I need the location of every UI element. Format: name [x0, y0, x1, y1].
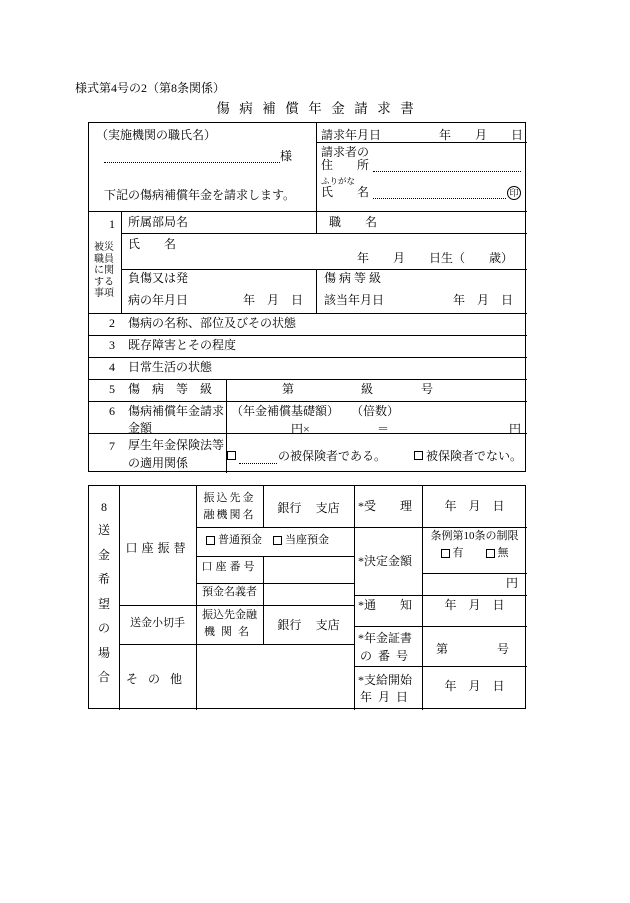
ordinary-deposit-option[interactable]: 普通預金: [206, 534, 262, 547]
grid-line: [316, 269, 317, 313]
yen-result-label: 円: [473, 422, 523, 437]
grid-line: [121, 269, 527, 270]
grade-word: 級: [361, 382, 373, 397]
grid-line: [121, 211, 122, 313]
grid-line: [354, 595, 527, 596]
row6-number: 6: [89, 404, 115, 419]
check-label: 送金小切手: [119, 617, 196, 630]
row6-label-1: 傷病補償年金請求: [128, 404, 224, 419]
receipt-date-cell[interactable]: 年 月 日: [422, 499, 527, 514]
restriction-yes-option[interactable]: 有: [441, 547, 464, 560]
form-code: 様式第4号の2（第8条関係）: [75, 81, 225, 96]
name-row: 氏 名 印: [321, 184, 521, 200]
other-value[interactable]: [197, 645, 353, 709]
restriction-yes-label: 有: [453, 547, 464, 560]
grid-line: [89, 401, 527, 402]
addressee-row: 様: [104, 147, 292, 164]
current-deposit-option[interactable]: 当座預金: [273, 534, 329, 547]
row3-number: 3: [89, 338, 115, 353]
injury-date-label-1: 負傷又は発: [128, 271, 188, 286]
cert-number-suffix: 号: [497, 640, 509, 657]
pension-cert-number-cell[interactable]: 第 号: [422, 640, 527, 657]
claim-date-row[interactable]: 請求年月日 年 月 日: [321, 126, 523, 143]
form-title: 傷病補償年金請求書: [0, 101, 630, 116]
grid-line: [354, 666, 527, 667]
claimant-name-label: 氏 名: [321, 183, 369, 200]
row5-number: 5: [89, 382, 115, 397]
not-insured-checkbox[interactable]: [414, 451, 423, 460]
remittance-section-label: 送金希望の場合: [98, 518, 111, 690]
claim-date-value: 年 月 日: [439, 126, 523, 143]
equals-sign: ＝: [377, 422, 389, 437]
grade-label: 傷病等級: [324, 271, 384, 286]
birth-date-cell[interactable]: 年 月 日生（ 歳）: [357, 251, 513, 266]
department-label: 所属部局名: [128, 215, 188, 230]
grade-no-prefix: 第: [282, 382, 294, 397]
restriction-options-row: 有 無: [422, 547, 527, 560]
other-label: その他: [119, 672, 199, 687]
current-deposit-label: 当座預金: [285, 534, 329, 547]
section1-number: 1: [89, 217, 115, 232]
decision-amount-yen-cell[interactable]: 円: [452, 576, 524, 591]
insured-checkbox[interactable]: [227, 451, 236, 460]
insurance-options-row: の被保険者である。 被保険者でない。: [227, 447, 522, 464]
section1-side-label: 被災職員に関する事項: [94, 242, 118, 300]
claimant-name-blank[interactable]: [373, 187, 506, 199]
grid-line: [89, 357, 527, 358]
cert-number-prefix: 第: [436, 640, 448, 657]
job-title-label: 職 名: [329, 215, 377, 230]
injury-date-cell[interactable]: 年 月 日: [207, 293, 309, 308]
grid-line: [89, 211, 527, 212]
grid-line: [196, 527, 527, 528]
form-page: 様式第4号の2（第8条関係） 傷病補償年金請求書 （実施機関の職氏名） 様 下記…: [0, 0, 630, 903]
deposit-type-row: 普通預金 当座預金: [196, 534, 354, 547]
holder-value[interactable]: [264, 584, 353, 604]
payment-start-label-2: 年月日: [360, 690, 414, 705]
bank2-name-label-2: 機関名: [196, 626, 263, 639]
insured-option[interactable]: の被保険者である。: [227, 447, 386, 464]
notice-date-cell[interactable]: 年 月 日: [422, 598, 527, 613]
payment-start-date-cell[interactable]: 年 月 日: [422, 679, 527, 694]
ordinary-deposit-label: 普通預金: [218, 534, 262, 547]
remittance-table: 8 送金希望の場合 口座振替 振込先金 融機関名 銀行 支店 普通預金 当座預金…: [88, 485, 526, 709]
bank2-name-label-1: 振込先金融: [196, 609, 263, 622]
not-insured-option[interactable]: 被保険者でない。: [414, 447, 522, 464]
pension-cert-label-2: の番号: [360, 649, 414, 664]
agency-name-label: （実施機関の職氏名）: [96, 128, 216, 143]
address-row: 住 所: [321, 157, 521, 173]
account-transfer-label: 口座振替: [119, 541, 196, 556]
restriction-no-checkbox[interactable]: [486, 549, 495, 558]
grade-date-cell[interactable]: 年 月 日: [407, 293, 519, 308]
address-label: 住 所: [321, 156, 369, 173]
main-table: （実施機関の職氏名） 様 下記の傷病補償年金を請求します。 請求年月日 年 月 …: [88, 122, 526, 472]
grid-line: [121, 233, 527, 234]
row2-number: 2: [89, 316, 115, 331]
seal-mark[interactable]: 印: [507, 186, 521, 200]
holder-label: 預金名義者: [196, 586, 263, 599]
claim-date-label: 請求年月日: [321, 126, 381, 143]
row4-number: 4: [89, 360, 115, 375]
agency-name-blank[interactable]: [104, 151, 280, 163]
honorific-label: 様: [280, 147, 292, 164]
bank-word-2: 銀行: [277, 616, 301, 633]
row6-label-2: 金額: [128, 421, 152, 436]
row5-label: 傷病等級: [128, 382, 224, 397]
restriction-label: 条例第10条の制限: [422, 530, 527, 543]
declaration-text: 下記の傷病補償年金を請求します。: [104, 188, 295, 203]
grid-line: [316, 123, 317, 233]
grid-line: [422, 573, 527, 574]
row4-label: 日常生活の状態: [128, 360, 212, 375]
remittance-section-number: 8: [101, 496, 107, 518]
address-blank[interactable]: [373, 160, 521, 172]
grade-no-word: 号: [421, 382, 433, 397]
bank-name-label-2: 融機関名: [196, 509, 263, 522]
bank-name-label-1: 振込先金: [196, 492, 263, 505]
injury-date-label-2: 病の年月日: [128, 293, 188, 308]
row7-label-2: の適用関係: [128, 456, 188, 471]
row3-label: 既存障害とその程度: [128, 338, 236, 353]
restriction-yes-checkbox[interactable]: [441, 549, 450, 558]
restriction-no-label: 無: [498, 547, 509, 560]
bank-branch-cell-2[interactable]: 銀行 支店: [263, 616, 354, 633]
multiplier-label: （倍数）: [351, 404, 399, 419]
remittance-section-header: 8 送金希望の場合: [89, 486, 119, 710]
account-number-value[interactable]: [264, 557, 353, 582]
insurer-name-blank[interactable]: [239, 452, 277, 464]
insured-option-label: の被保険者である。: [278, 447, 386, 464]
decision-amount-label: *決定金額: [358, 554, 412, 569]
yen-times-label: 円×: [291, 422, 310, 437]
grid-line: [354, 626, 527, 627]
grade-date-label: 該当年月日: [324, 293, 384, 308]
grid-line: [354, 486, 355, 710]
current-deposit-checkbox[interactable]: [273, 536, 282, 545]
row2-label: 傷病の名称、部位及びその状態: [128, 316, 296, 331]
branch-word-2: 支店: [316, 616, 340, 633]
receipt-label: *受 理: [358, 499, 412, 514]
grid-line: [89, 335, 527, 336]
base-amount-label: （年金補償基礎額）: [231, 404, 339, 419]
branch-word: 支店: [316, 499, 340, 516]
employee-name-label: 氏 名: [128, 237, 176, 252]
bank-word: 銀行: [277, 499, 301, 516]
restriction-no-option[interactable]: 無: [486, 547, 509, 560]
ordinary-deposit-checkbox[interactable]: [206, 536, 215, 545]
bank-branch-cell-1[interactable]: 銀行 支店: [263, 499, 354, 516]
grid-line: [89, 313, 527, 314]
grid-line: [89, 379, 527, 380]
row7-number: 7: [89, 439, 115, 454]
notice-label: *通 知: [358, 598, 412, 613]
grid-line: [119, 605, 354, 606]
payment-start-label-1: *支給開始: [358, 673, 412, 688]
pension-cert-label-1: *年金証書: [358, 631, 412, 646]
row7-label-1: 厚生年金保険法等: [128, 438, 224, 453]
account-number-label: 口座番号: [196, 561, 263, 574]
not-insured-option-label: 被保険者でない。: [426, 447, 522, 464]
